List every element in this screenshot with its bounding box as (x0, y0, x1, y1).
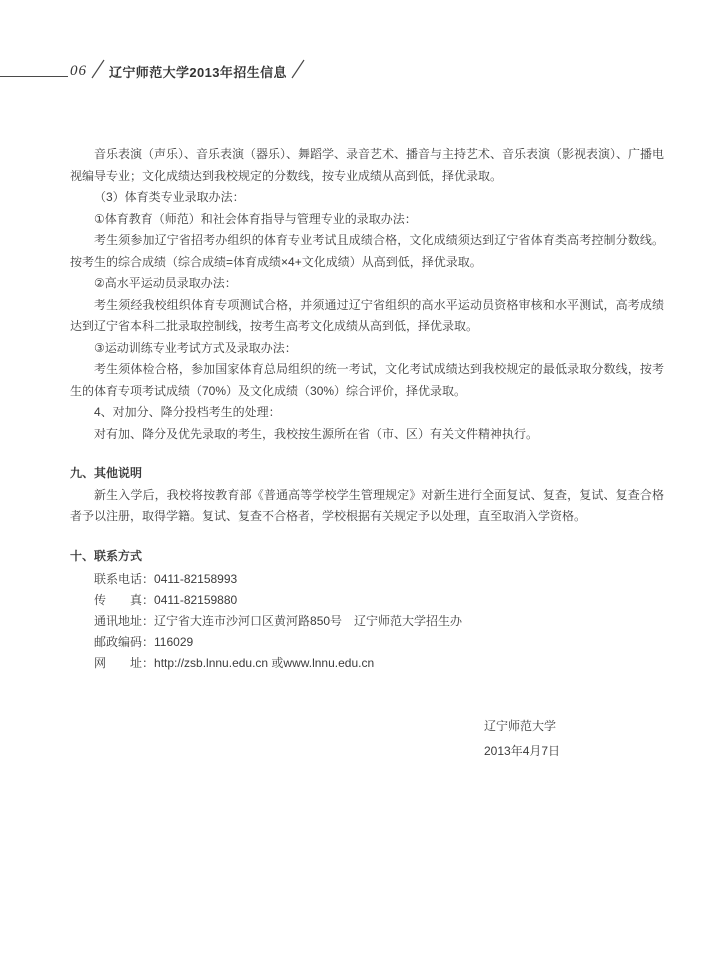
body-paragraph: （3）体育类专业录取办法： (70, 187, 664, 209)
contact-postcode: 邮政编码：116029 (70, 632, 664, 653)
contact-label: 网 址： (94, 656, 154, 670)
body-paragraph: 考生须经我校组织体育专项测试合格，并须通过辽宁省组织的高水平运动员资格审核和水平… (70, 295, 664, 338)
body-paragraph: 音乐表演（声乐）、音乐表演（器乐）、舞蹈学、录音艺术、播音与主持艺术、音乐表演（… (70, 144, 664, 187)
header-rule (0, 76, 68, 77)
section-heading: 九、其他说明 (70, 463, 664, 485)
main-content: 音乐表演（声乐）、音乐表演（器乐）、舞蹈学、录音艺术、播音与主持艺术、音乐表演（… (70, 144, 664, 674)
contact-label: 邮政编码： (94, 635, 154, 649)
slash-icon (290, 58, 306, 85)
body-paragraph: ②高水平运动员录取办法： (70, 273, 664, 295)
body-paragraph: ①体育教育（师范）和社会体育指导与管理专业的录取办法： (70, 209, 664, 231)
contact-label: 传 真： (94, 593, 154, 607)
section-contact: 十、联系方式 联系电话：0411-82158993 传 真：0411-82159… (70, 546, 664, 675)
slash-icon (90, 58, 106, 85)
contact-list: 联系电话：0411-82158993 传 真：0411-82159880 通讯地… (70, 569, 664, 674)
body-paragraph: 考生须体检合格，参加国家体育总局组织的统一考试，文化考试成绩达到我校规定的最低录… (70, 359, 664, 402)
signature-org: 辽宁师范大学 (484, 714, 560, 739)
signature-block: 辽宁师范大学 2013年4月7日 (484, 714, 560, 764)
page-number: 06 (70, 63, 87, 80)
contact-value: 0411-82159880 (154, 593, 237, 607)
contact-phone: 联系电话：0411-82158993 (70, 569, 664, 590)
section-heading: 十、联系方式 (70, 546, 664, 568)
body-paragraph: 对有加、降分及优先录取的考生，我校按生源所在省（市、区）有关文件精神执行。 (70, 424, 664, 446)
section-other-notes: 九、其他说明 新生入学后，我校将按教育部《普通高等学校学生管理规定》对新生进行全… (70, 463, 664, 528)
body-paragraph: 4、对加分、降分投档考生的处理： (70, 402, 664, 424)
body-paragraph: 考生须参加辽宁省招考办组织的体育专业考试且成绩合格，文化成绩须达到辽宁省体育类高… (70, 230, 664, 273)
contact-address: 通讯地址：辽宁省大连市沙河口区黄河路850号 辽宁师范大学招生办 (70, 611, 664, 632)
contact-value: 116029 (154, 635, 193, 649)
body-paragraph: ③运动训练专业考试方式及录取办法： (70, 338, 664, 360)
body-paragraph: 新生入学后，我校将按教育部《普通高等学校学生管理规定》对新生进行全面复试、复查，… (70, 485, 664, 528)
contact-fax: 传 真：0411-82159880 (70, 590, 664, 611)
document-page: 06 辽宁师范大学2013年招生信息 音乐表演（声乐）、音乐表演（器乐）、舞蹈学… (0, 0, 709, 969)
contact-website: 网 址：http://zsb.lnnu.edu.cn 或www.lnnu.edu… (70, 653, 664, 674)
contact-value: 0411-82158993 (154, 572, 237, 586)
page-header: 06 辽宁师范大学2013年招生信息 (70, 59, 306, 83)
contact-label: 通讯地址： (94, 614, 154, 628)
contact-value: http://zsb.lnnu.edu.cn 或www.lnnu.edu.cn (154, 656, 374, 670)
contact-value: 辽宁省大连市沙河口区黄河路850号 辽宁师范大学招生办 (154, 614, 462, 628)
contact-label: 联系电话： (94, 572, 154, 586)
signature-date: 2013年4月7日 (484, 739, 560, 764)
document-title: 辽宁师范大学2013年招生信息 (109, 62, 287, 81)
